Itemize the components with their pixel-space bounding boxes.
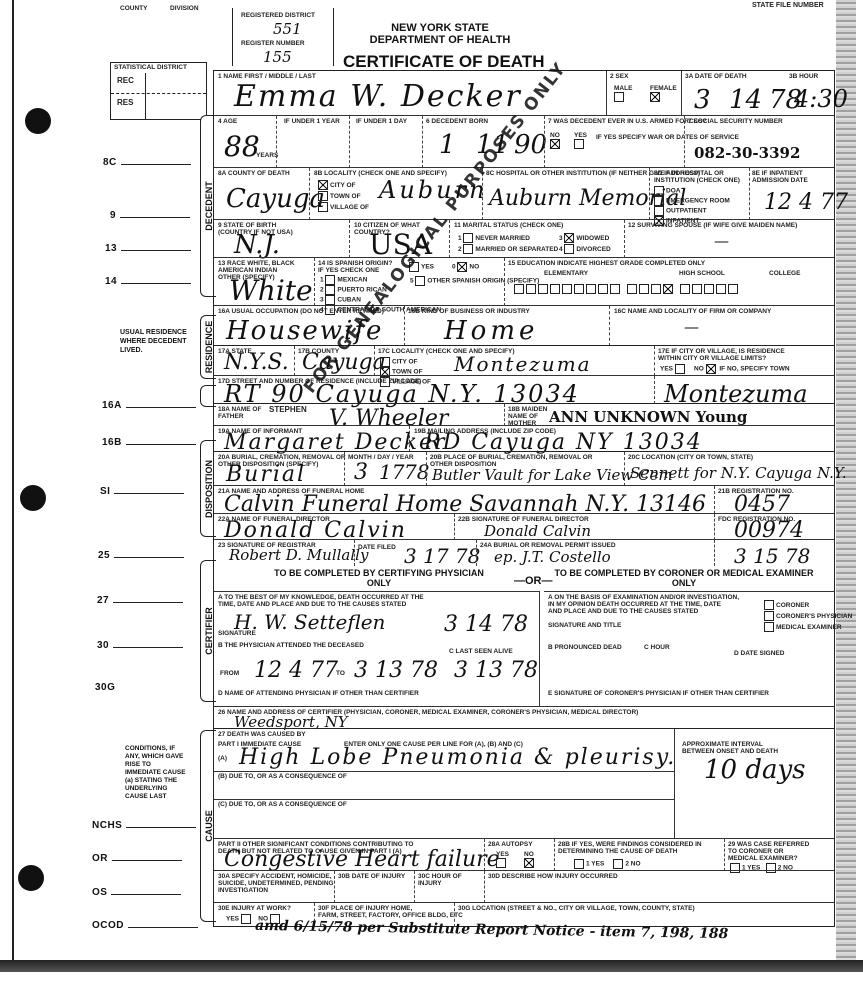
mother-name: ANN UNKNOWN Young — [549, 408, 747, 426]
margin-code-16a: 16A — [102, 400, 196, 411]
certificate-title: CERTIFICATE OF DEATH — [343, 52, 544, 72]
firm-label: 16C NAME AND LOCALITY OF FIRM OR COMPANY — [614, 308, 771, 315]
part2-value: Congestive Heart failure — [224, 847, 500, 872]
coroner-a-label: A ON THE BASIS OF EXAMINATION AND/OR INV… — [548, 594, 739, 615]
cause-b-label: (b) DUE TO, OR AS A CONSEQUENCE OF — [218, 773, 347, 780]
age-value: 88 — [224, 130, 260, 163]
physician-signature: H. W. Setteflen — [234, 610, 385, 634]
cause-a: High Lobe Pneumonia & pleurisy. — [239, 745, 676, 770]
within-limits-no: NO IF NO, SPECIFY TOWN — [694, 364, 790, 374]
age-label: 4 AGE — [218, 118, 237, 125]
permit-date: 3 15 78 — [734, 544, 810, 568]
autopsy-label: 28A AUTOPSY — [488, 841, 533, 848]
institution-label: 8D IF IN HOSPITAL ORINSTITUTION (CHECK O… — [654, 170, 740, 184]
education-high-school: HIGH SCHOOL — [679, 270, 725, 277]
scan-bottom-shadow — [0, 960, 863, 972]
armed-forces-no: NO — [550, 132, 562, 149]
registered-district-label: REGISTERED DISTRICT — [241, 12, 315, 19]
attended-to: 3 13 78 — [354, 658, 438, 683]
under-day-label: IF UNDER 1 DAY — [356, 118, 407, 125]
margin-code-14: 14 — [105, 276, 191, 287]
margin-code-ocod: OCOD — [92, 920, 198, 931]
county-of-death-label: 8A COUNTY OF DEATH — [218, 170, 290, 177]
cause-a-marker: (a) — [218, 755, 227, 762]
margin-code-13: 13 — [105, 243, 191, 254]
mother-label: 18B MAIDENNAME OFMOTHER — [508, 406, 547, 427]
margin-code-30g: 30G — [95, 682, 115, 693]
register-number-label: REGISTER NUMBER — [241, 40, 305, 47]
business-label: 16B KIND OF BUSINESS OR INDUSTRY — [408, 308, 530, 315]
margin-code-or: OR — [92, 853, 182, 864]
at-work-label: 30E INJURY AT WORK? — [218, 905, 291, 912]
punch-hole-bottom — [18, 865, 44, 891]
injury-location-label: 30G LOCATION (STREET & NO., CITY OR VILL… — [458, 905, 695, 912]
referred-label: 29 WAS CASE REFERREDTO CORONER ORMEDICAL… — [728, 841, 809, 862]
director-signature: Donald Calvin — [484, 522, 591, 540]
margin-code-si: SI — [100, 486, 184, 497]
attending-other-label: D NAME OF ATTENDING PHYSICIAN IF OTHER T… — [218, 690, 419, 697]
division-label: DIVISION — [170, 5, 199, 12]
coroner-hour-label: C HOUR — [644, 644, 670, 651]
spouse-value: — — [714, 232, 729, 250]
or-divider: —OR— — [514, 576, 553, 586]
disposition-location-label: 20C LOCATION (CITY OR TOWN, STATE) — [628, 454, 753, 461]
death-hour: 4:30 — [794, 85, 848, 113]
rec-label: REC — [117, 77, 134, 84]
coroner-section-title: TO BE COMPLETED BY CORONER OR MEDICAL EX… — [554, 568, 814, 588]
cause-c-label: (c) DUE TO, OR AS A CONSEQUENCE OF — [218, 801, 347, 808]
birthplace-value: N.J. — [234, 230, 280, 260]
ssn-value: 082-30-3392 — [694, 144, 800, 162]
physician-section-title: TO BE COMPLETED BY CERTIFYING PHYSICIAN … — [264, 568, 494, 588]
firm-value: — — [684, 318, 699, 336]
born-month: 1 — [439, 130, 456, 160]
armed-forces-label: 7 WAS DECEDENT EVER IN U.S. ARMED FORCES… — [548, 118, 706, 125]
born-label: 6 DECEDENT BORN — [426, 118, 488, 125]
margin-code-25: 25 — [98, 550, 184, 561]
from-label: FROM — [220, 670, 239, 677]
hour-label: 3B HOUR — [789, 73, 818, 80]
coroner-type-options: CORONERCORONER'S PHYSICIANMEDICAL EXAMIN… — [764, 600, 852, 633]
accident-label: 30A SPECIFY ACCIDENT, HOMICIDE,SUICIDE, … — [218, 873, 334, 894]
disposition-month: 3 — [354, 460, 368, 485]
spanish-no: 0 NO — [452, 262, 479, 272]
margin-code-nchs: NCHS — [92, 820, 196, 831]
registrar-signature: Robert D. Mullally — [229, 546, 368, 564]
statistical-district-box: STATISTICAL DISTRICT REC RES — [110, 62, 207, 120]
registered-district-value: 551 — [273, 20, 302, 38]
injury-date-label: 30B DATE OF INJURY — [338, 873, 405, 880]
county-of-death: Cayuga — [226, 184, 325, 214]
attended-from: 12 4 77 — [254, 658, 338, 683]
education-elementary: ELEMENTARY — [544, 270, 588, 277]
sex-male-option: MALE — [614, 85, 632, 102]
death-day: 14 — [729, 85, 762, 115]
county-label: COUNTY — [120, 5, 147, 12]
caused-by-label: 27 DEATH WAS CAUSED BY — [218, 731, 306, 738]
father-label: 18A NAME OFFATHER — [218, 406, 261, 420]
residence-state: N.Y.S. — [224, 350, 289, 375]
findings-options: 1 YES 2 NO — [574, 859, 641, 869]
education-grade-boxes — [514, 284, 740, 294]
disposition-method: Burial — [226, 462, 306, 487]
war-label: IF YES SPECIFY WAR OR DATES OF SERVICE — [596, 134, 739, 141]
margin-code-8c: 8C — [103, 157, 191, 168]
education-college: COLLEGE — [769, 270, 800, 277]
last-seen-label: C LAST SEEN ALIVE — [449, 648, 513, 655]
margin-code-16b: 16B — [102, 437, 196, 448]
signed-date: 3 14 78 — [444, 612, 528, 637]
pronounced-label: B PRONOUNCED DEAD — [548, 644, 622, 651]
conditions-note: CONDITIONS, IF ANY, WHICH GAVE RISE TO I… — [125, 745, 187, 801]
form-header: NEW YORK STATE DEPARTMENT OF HEALTH — [340, 22, 540, 46]
coroner-block: A ON THE BASIS OF EXAMINATION AND/OR INV… — [544, 591, 834, 707]
state-file-number-label: STATE FILE NUMBER — [752, 2, 824, 9]
injury-hour-label: 30C HOUR OFINJURY — [418, 873, 462, 887]
date-of-death-label: 3A DATE OF DEATH — [685, 73, 747, 80]
coroner-signature-label: SIGNATURE AND TITLE — [548, 622, 621, 629]
disposition-location: Sennett for N.Y. Cayuga N.Y. — [630, 464, 847, 482]
autopsy-yes: YES — [496, 851, 509, 868]
residence-locality: Montezuma — [454, 352, 592, 376]
father-first: STEPHEN — [269, 406, 307, 413]
death-month: 3 — [694, 85, 711, 115]
under-year-label: IF UNDER 1 YEAR — [284, 118, 340, 125]
margin-code-30: 30 — [97, 640, 183, 651]
left-binding-line — [12, 0, 14, 960]
physician-block: A TO THE BEST OF MY KNOWLEDGE, DEATH OCC… — [214, 591, 540, 707]
marital-options-right: 3 WIDOWED4 DIVORCED — [559, 233, 611, 255]
race-value: White — [229, 274, 313, 307]
admission-value: 12 4 77 — [764, 190, 848, 215]
to-label: TO — [336, 670, 345, 677]
coroner-e-label: E SIGNATURE OF CORONER'S PHYSICIAN IF OT… — [548, 690, 769, 697]
within-limits-label: 17E IF CITY OR VILLAGE, IS RESIDENCEWITH… — [658, 348, 785, 362]
marital-label: 11 MARITAL STATUS (CHECK ONE) — [454, 222, 563, 229]
interval-value: 10 days — [704, 755, 806, 785]
margin-code-27: 27 — [97, 595, 183, 606]
ssn-label: 7 SOCIAL SECURITY NUMBER — [688, 118, 783, 125]
locality-options: CITY OFTOWN OFVILLAGE OF — [318, 180, 369, 213]
armed-forces-yes: YES — [574, 132, 587, 149]
spouse-label: 12 SURVIVING SPOUSE (IF WIFE GIVE MAIDEN… — [628, 222, 797, 229]
state-name: NEW YORK STATE — [340, 22, 540, 34]
attended-label: B THE PHYSICIAN ATTENDED THE DECEASED — [218, 642, 364, 649]
register-number-value: 155 — [263, 48, 292, 66]
death-certificate-form: 1 NAME FIRST / MIDDLE / LAST Emma W. Dec… — [213, 70, 835, 927]
admission-label: 8E IF INPATIENTADMISSION DATE — [752, 170, 808, 184]
date-signed-label: D DATE SIGNED — [734, 650, 784, 657]
autopsy-no: NO — [524, 851, 536, 868]
spanish-label: 14 IS SPANISH ORIGIN?IF YES CHECK ONE — [318, 260, 392, 274]
sex-label: 2 SEX — [610, 73, 628, 80]
permit-value: ep. J.T. Costello — [494, 548, 611, 566]
date-filed-label: DATE FILED — [358, 544, 396, 551]
res-label: RES — [117, 99, 133, 106]
disposition-day: 17 — [379, 460, 404, 484]
usual-residence-note: USUAL RESIDENCE WHERE DECEDENT LIVED. — [120, 328, 200, 355]
last-seen-date: 3 13 78 — [454, 658, 538, 683]
injury-place-label: 30F PLACE OF INJURY HOME,FARM, STREET, F… — [318, 905, 463, 919]
sex-female-option: FEMALE — [650, 85, 677, 102]
education-label: 15 EDUCATION INDICATE HIGHEST GRADE COMP… — [508, 260, 705, 267]
physician-a-label: A TO THE BEST OF MY KNOWLEDGE, DEATH OCC… — [218, 594, 424, 608]
business-value: Home — [444, 316, 538, 346]
department-name: DEPARTMENT OF HEALTH — [340, 34, 540, 46]
margin-code-9: 9 — [110, 210, 190, 221]
marital-options-left: 1 NEVER MARRIED2 MARRIED OR SEPARATED — [458, 233, 558, 255]
findings-label: 28B IF YES, WERE FINDINGS CONSIDERED IND… — [558, 841, 702, 855]
interval-label: APPROXIMATE INTERVALBETWEEN ONSET AND DE… — [682, 741, 778, 755]
punch-hole-top — [25, 108, 51, 134]
signature-label: SIGNATURE — [218, 630, 256, 637]
margin-code-os: OS — [92, 887, 181, 898]
date-filed: 3 17 78 — [404, 544, 480, 568]
punch-hole-middle — [20, 485, 46, 511]
injury-describe-label: 30D DESCRIBE HOW INJURY OCCURRED — [488, 873, 618, 880]
register-box: REGISTERED DISTRICT 551 REGISTER NUMBER … — [232, 8, 334, 66]
decedent-name: Emma W. Decker — [234, 79, 522, 114]
within-limits-yes: YES — [660, 364, 687, 374]
statistical-district-label: STATISTICAL DISTRICT — [114, 64, 187, 71]
